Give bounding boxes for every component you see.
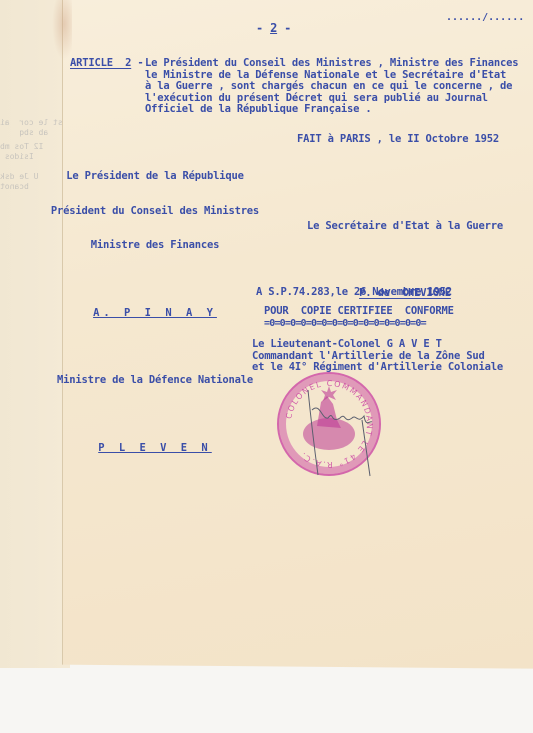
- place-date: FAIT à PARIS , le II Octobre 1952: [297, 134, 499, 146]
- handwritten-signature: [300, 380, 390, 480]
- signatory-title-defence: Ministre de la Défence Nationale: [46, 375, 264, 387]
- signatory-title-line: Ministre des Finances: [46, 240, 264, 252]
- paper-stain: [52, 0, 72, 60]
- officer-line: et le 4I° Régiment d'Artillerie Colonial…: [252, 362, 503, 374]
- signatory-title-war: Le Secrétaire d'Etat à la Guerre: [300, 221, 510, 233]
- page-number: - 2 -: [256, 23, 291, 35]
- certifying-officer: Le Lieutenant-Colonel G A V E TCommandan…: [252, 339, 503, 374]
- signatory-title-line: Le Président de la République: [46, 171, 264, 183]
- signatory-name-pleven: P L E V E N: [98, 442, 212, 454]
- article-line: à la Guerre , sont chargés chacun en ce …: [145, 81, 518, 93]
- certification-title: POUR COPIE CERTIFIEE CONFORME: [264, 306, 454, 318]
- article-body: Le Président du Conseil des Ministres , …: [145, 58, 518, 116]
- article-label: ARTICLE 2: [70, 57, 131, 69]
- continuation-marker: ....../......: [446, 12, 524, 24]
- article-heading: ARTICLE 2 -: [70, 58, 143, 70]
- certification-location-date: A S.P.74.283,le 26 Novembre 1952: [256, 287, 452, 299]
- bleed-through-text: I2 Tos mb Isidos: [0, 142, 43, 162]
- article-dash: -: [137, 57, 143, 69]
- signatory-name-pinay: A. P I N A Y: [93, 307, 217, 319]
- bleed-through-text: st le cor ai ab sbq: [0, 118, 63, 138]
- bleed-through-text: U Je dsk bcanot: [0, 172, 39, 192]
- page-number-value: 2: [270, 21, 277, 35]
- officer-line: Le Lieutenant-Colonel G A V E T: [252, 339, 503, 351]
- certification-rule: =0=0=0=0=0=0=0=0=0=0=0=0=0=0=0=: [264, 318, 426, 330]
- article-line: Officiel de la République Française .: [145, 104, 518, 116]
- left-signatories: Le Président de la République Président …: [46, 148, 264, 466]
- article-line: Le Président du Conseil des Ministres , …: [145, 58, 518, 70]
- signatory-title-line: Président du Conseil des Ministres: [46, 206, 264, 218]
